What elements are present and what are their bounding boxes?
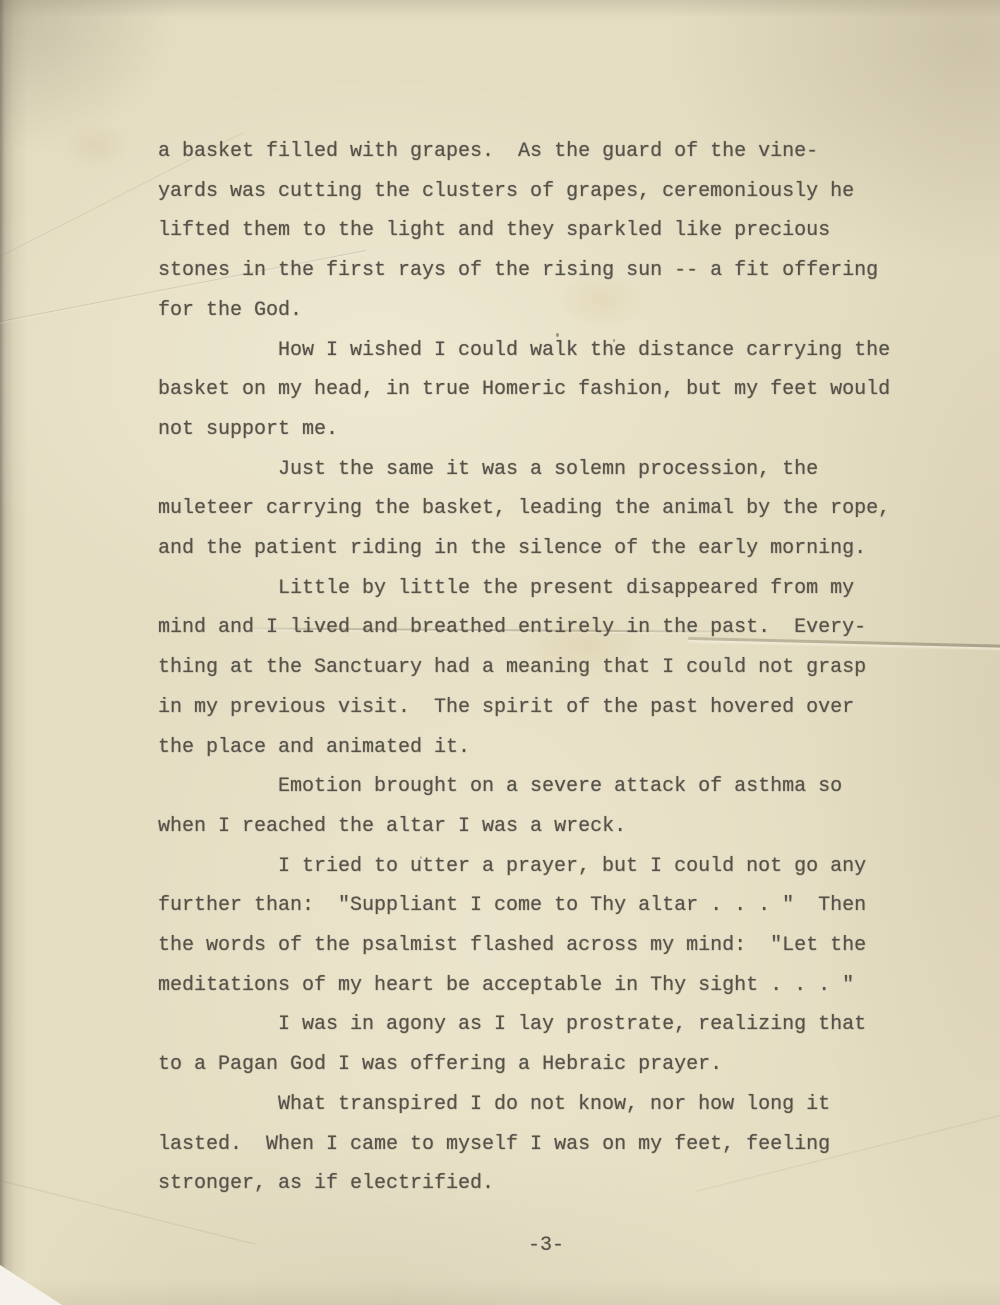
text-line: Emotion brought on a severe attack of as… <box>158 767 918 807</box>
paragraph: Emotion brought on a severe attack of as… <box>158 767 918 846</box>
paragraph: Little by little the present disappeared… <box>158 569 918 768</box>
text-line: the words of the psalmist flashed across… <box>158 926 918 966</box>
paragraph: I was in agony as I lay prostrate, reali… <box>158 1005 918 1084</box>
text-line: thing at the Sanctuary had a meaning tha… <box>158 648 918 688</box>
text-line: and the patient riding in the silence of… <box>158 529 918 569</box>
text-line: What transpired I do not know, nor how l… <box>158 1085 918 1125</box>
text-line: in my previous visit. The spirit of the … <box>158 688 918 728</box>
text-line: stones in the first rays of the rising s… <box>158 251 918 291</box>
text-line: lasted. When I came to myself I was on m… <box>158 1125 918 1165</box>
text-line: mind and I lived and breathed entirely i… <box>158 608 918 648</box>
text-line: Just the same it was a solemn procession… <box>158 450 918 490</box>
torn-corner <box>0 1265 62 1305</box>
document-page: a basket filled with grapes. As the guar… <box>0 0 1000 1305</box>
text-line: to a Pagan God I was offering a Hebraic … <box>158 1045 918 1085</box>
paper-stain <box>60 120 130 170</box>
page-number: -3- <box>528 1234 564 1257</box>
text-line: meditations of my heart be acceptable in… <box>158 966 918 1006</box>
scanned-page-background: a basket filled with grapes. As the guar… <box>0 0 1000 1305</box>
text-line: not support me. <box>158 410 918 450</box>
text-line: stronger, as if electrified. <box>158 1164 918 1204</box>
text-line: for the God. <box>158 291 918 331</box>
paragraph: a basket filled with grapes. As the guar… <box>158 132 918 331</box>
paragraph: What transpired I do not know, nor how l… <box>158 1085 918 1204</box>
text-line: further than: "Suppliant I come to Thy a… <box>158 886 918 926</box>
text-line: basket on my head, in true Homeric fashi… <box>158 370 918 410</box>
text-line: yards was cutting the clusters of grapes… <box>158 172 918 212</box>
paragraph: Just the same it was a solemn procession… <box>158 450 918 569</box>
text-line: I tried to utter a prayer, but I could n… <box>158 847 918 887</box>
text-line: muleteer carrying the basket, leading th… <box>158 489 918 529</box>
text-line: I was in agony as I lay prostrate, reali… <box>158 1005 918 1045</box>
paragraph: I tried to utter a prayer, but I could n… <box>158 847 918 1006</box>
text-line: when I reached the altar I was a wreck. <box>158 807 918 847</box>
text-line: the place and animated it. <box>158 728 918 768</box>
text-line: Little by little the present disappeared… <box>158 569 918 609</box>
paragraph: How I wished I could walk the distance c… <box>158 331 918 450</box>
text-line: How I wished I could walk the distance c… <box>158 331 918 371</box>
text-line: a basket filled with grapes. As the guar… <box>158 132 918 172</box>
text-line: lifted them to the light and they sparkl… <box>158 211 918 251</box>
typewritten-text-block: a basket filled with grapes. As the guar… <box>158 132 918 1204</box>
